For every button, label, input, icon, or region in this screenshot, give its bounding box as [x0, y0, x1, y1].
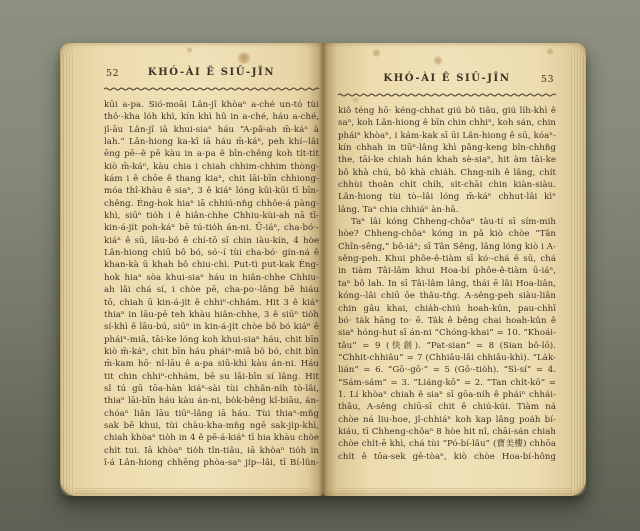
text-line: khì, siūⁿ tio̍h i ê hiân-chhe Chhiu-kùi-… [104, 210, 319, 222]
running-title: KHÓ-ÀI Ê SIÛ-JÎN [104, 67, 319, 78]
page-edge-stack-left [60, 53, 75, 493]
text-line: Lân-hiong chiū bô bó, só·-í tùi cha-bó· … [104, 247, 319, 259]
text-line: thâu, A-sêng chiū-sī chit ê chiú-kúi. Ti… [338, 401, 556, 413]
right-page-text-column: KHÓ-ÀI Ê SIÛ-JÎN 53 kiô téng hō· kéng-ch… [338, 73, 556, 463]
text-line: sî tú gū tōa-hàn kiáⁿ-sài tùi chhân-ni̍h… [104, 383, 319, 395]
text-line: chhùi thoân chi̍t chi̍h, si̍t-chāi chin … [338, 179, 556, 191]
text-line: kiô téng hō· kéng-chhat giú bô tiâu, giú… [338, 105, 556, 117]
text-line: thô·-kha lo̍h khì, kín khì hû in a-ché, … [104, 111, 319, 123]
text-line: Chîn-sêng,” bô-iáⁿ; sī Tân Sêng, lâng ló… [338, 241, 556, 253]
header-rule [104, 86, 319, 91]
text-line: kám i ê chōe ê thang kiaⁿ, chit lāi-bīn … [104, 173, 319, 185]
text-line: chòe chi̍t-ē khì, chá tùi “Pó-bí-lâu” (寶… [338, 438, 556, 450]
right-page-body: kiô téng hō· kéng-chhat giú bô tiâu, giú… [338, 105, 556, 463]
page-number: 53 [541, 74, 554, 85]
text-line: sí-khì ê lāu-bú, siūⁿ in kin-á-ji̍t chòe… [104, 321, 319, 333]
text-line: siaⁿ hóng-hut sī án-ni “Chóng-khai” = 10… [338, 327, 556, 339]
text-line: in tiàm Tâi-lâm khui Hoa-bí phôe-ê-tiàm … [338, 265, 556, 277]
page-edge-stack-bottom [74, 488, 309, 496]
text-line: chêng. Éng-hok hiaⁿ iā chhiú-nn̂g chhôe-… [104, 198, 319, 210]
text-line: jî-āu Lân-jî iā khui-siaⁿ háu “A-pâ-ah m… [104, 124, 319, 136]
text-line: sak bē khui, tùi chàu-kha-mn̂g ngē sak-j… [104, 420, 319, 432]
text-line: pháiⁿ-miā, tāi-ke lóng koh khui-siaⁿ háu… [104, 334, 319, 346]
right-page-header: KHÓ-ÀI Ê SIÛ-JÎN 53 [338, 73, 556, 88]
text-line: thiaⁿ in lāu-pē teh khàu hiân-chhe, 3 ê … [104, 309, 319, 321]
text-line: hòe? Chheng-chôaⁿ kóng in pâ kiò chòe “T… [338, 228, 556, 240]
text-line: kiò m̄-káⁿ, chit bīn háu pháiⁿ-miā bô bó… [104, 346, 319, 358]
text-line: kóng--lâi chiū ōe thâu-tn̂g. A-sêng-peh … [338, 290, 556, 302]
text-line: “Sám-sám” = 3. “Liáng-kō” = 2. “Tan chi̍… [338, 377, 556, 389]
text-line: kín chhah in tiūⁿ-lâng khì pâng-keng bîn… [338, 142, 556, 154]
text-line: chi̍t tui. Iā khòaⁿ tio̍h tîn-tiâu, iā k… [104, 445, 319, 457]
text-line: Lân-hiong tùi tò--lâi lóng m̄-káⁿ chhut-… [338, 191, 556, 203]
text-line: móa thî-khàu ê siaⁿ, 3 ê kiáⁿ lóng kūi-k… [104, 185, 319, 197]
text-line: ah lâi chá sí, i chòe pē, cha-po·-lâng b… [104, 284, 319, 296]
text-line: chòe ná liu-hoe, jî-chhiáⁿ koh kap lâng … [338, 414, 556, 426]
text-line: thiaⁿ lāi-bīn háu kàu án-ni, bo̍k-bêng k… [104, 395, 319, 407]
header-rule [338, 92, 556, 97]
text-line: kūi a-pa. Sió-moāi Lân-jî khòaⁿ a-ché un… [104, 99, 319, 111]
text-line: tit chin chhiⁿ-chhám, bē su lāi-bīn sí l… [104, 371, 319, 383]
text-line: chiah khòaⁿ tio̍h in 4 ê pē-á-kiáⁿ tī hi… [104, 432, 319, 444]
right-page: KHÓ-ÀI Ê SIÛ-JÎN 53 kiô téng hō· kéng-ch… [323, 43, 586, 496]
text-line: saⁿ, koh Lân-hiong ê bīn chin chhiⁿ, koh… [338, 117, 556, 129]
text-line: Taⁿ lâi kóng Chheng-chôaⁿ tàu-tí sī sím-… [338, 216, 556, 228]
left-page-body: kūi a-pa. Sió-moāi Lân-jî khòaⁿ a-ché un… [104, 99, 319, 469]
text-line: î-á Lân-hiong chhēng phòa-saⁿ ji̍p--lâi,… [104, 457, 319, 469]
text-line: m̄-kam hō· nî-lāu ê a-pa siū-khì kàu án-… [104, 358, 319, 370]
text-line: tâu” = 9 (快創). “Pat-sian” = 8 (Sian bô-l… [338, 340, 556, 352]
text-line: pháiⁿ khòaⁿ, i kám-kak sī ūi Lân-hiong ê… [338, 130, 556, 142]
text-line: kin-á-ji̍t poh-káⁿ bē tú-tio̍h án-ni. Ū-… [104, 222, 319, 234]
text-line: bô khà chú, bô khà chia̍h. Chng-ni̍h ê l… [338, 167, 556, 179]
text-line: lâng. Taⁿ chia chhiáⁿ àn-hā. [338, 204, 556, 216]
text-line: kiò m̄-káⁿ, kàu chia i chiah chhim-chhim… [104, 161, 319, 173]
page-edge-stack-right [571, 51, 586, 493]
text-line: lah.” Lân-hiong ka-kī iā háu m̄-káⁿ, peh… [104, 136, 319, 148]
text-line: kiáu, tī Chheng-chôaⁿ 8 hòe hit nî, chāi… [338, 426, 556, 438]
text-line: chóaⁿ liân lāu tiūⁿ-lâng iā háu. Tùi thi… [104, 408, 319, 420]
text-line: lián” = 6. “Gō·-gō·” = 5 (Gō·-tio̍h). “S… [338, 364, 556, 376]
text-line: taⁿ bô lah. In sī Tâi-lâm lâng, thái ē l… [338, 278, 556, 290]
left-page: 52 KHÓ-ÀI Ê SIÛ-JÎN kūi a-pa. Sió-moāi L… [60, 43, 323, 496]
left-page-text-column: 52 KHÓ-ÀI Ê SIÛ-JÎN kūi a-pa. Sió-moāi L… [104, 67, 319, 469]
open-book: 52 KHÓ-ÀI Ê SIÛ-JÎN kūi a-pa. Sió-moāi L… [60, 43, 586, 496]
text-line: 1. Lí khòaⁿ chiah ê siaⁿ sī gōa-ni̍h ê p… [338, 389, 556, 401]
page-number: 52 [106, 68, 119, 79]
text-line: kiáⁿ ê sū, lāu-bó ê chí-tō sī chin iàu-k… [104, 235, 319, 247]
running-title: KHÓ-ÀI Ê SIÛ-JÎN [338, 73, 556, 84]
text-line: chin gâu khai, chia̍h-chiú hoah-kûn, pau… [338, 303, 556, 315]
text-line: bó· ta̍k hāng to· ē. Ta̍k ê bêng chai ho… [338, 315, 556, 327]
text-line: ēng pē--ê pē kàu in a-pa ê bīn-chêng koh… [104, 148, 319, 160]
text-line: the, tāi-ke chiah hán khah sè-siaⁿ, hit … [338, 154, 556, 166]
text-line: chi̍t ê tōa-sek gē-tòaⁿ, kiò chòe Hoa-bí… [338, 451, 556, 463]
page-edge-stack-bottom [337, 488, 572, 496]
text-line: hok hiaⁿ sòa khui-siaⁿ háu in hiân-chhe … [104, 272, 319, 284]
text-line: tō, chiah ū kin-á-ji̍t ê chhiⁿ-chhám. Hi… [104, 297, 319, 309]
text-line: khan-kà ū khah bô chiu-chì. Put-tì put-k… [104, 259, 319, 271]
left-page-header: 52 KHÓ-ÀI Ê SIÛ-JÎN [104, 67, 319, 82]
photo-background: 52 KHÓ-ÀI Ê SIÛ-JÎN kūi a-pa. Sió-moāi L… [0, 0, 640, 531]
text-line: “Chhit-chhiâu” = 7 (Chhiâu-lâi chhiâu-kh… [338, 352, 556, 364]
text-line: sêng-peh. Khui phôe-ê-tiàm sī kó·-chá ê … [338, 253, 556, 265]
